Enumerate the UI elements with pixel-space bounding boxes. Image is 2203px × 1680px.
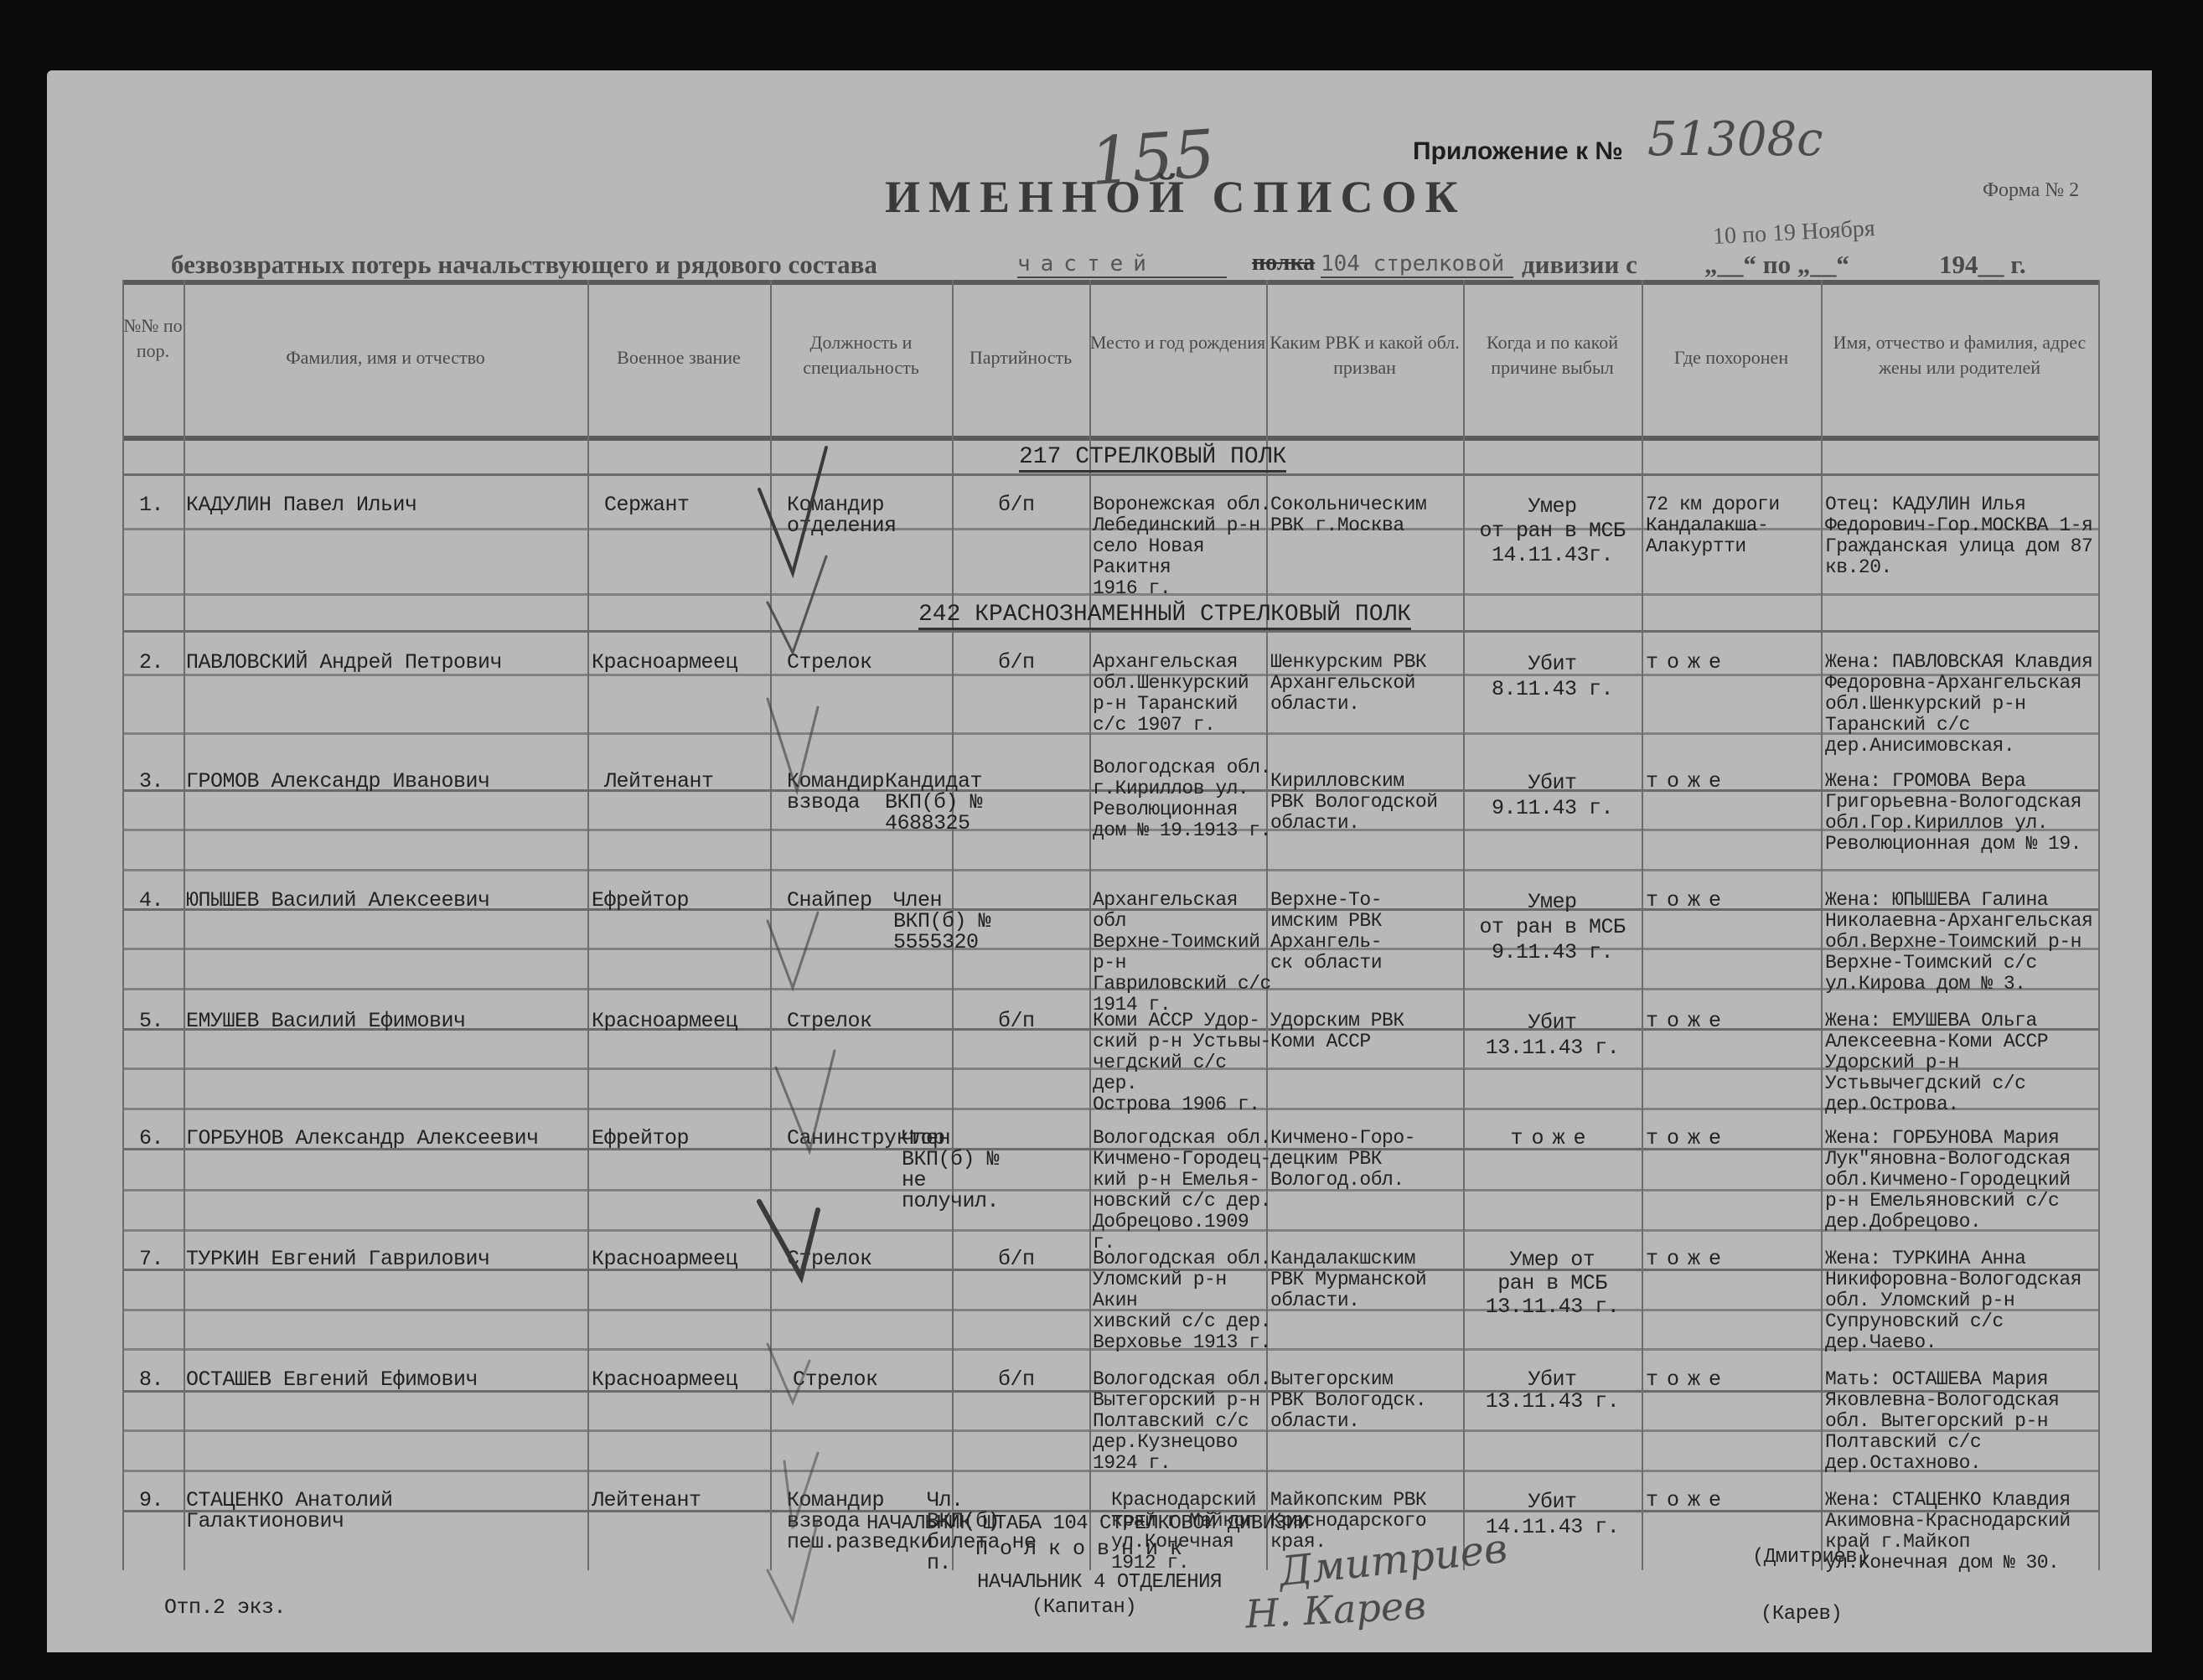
row-name: ОСТАШЕВ Евгений Ефимович	[186, 1369, 588, 1390]
row-number: 7.	[139, 1248, 163, 1269]
document-footer: Отп.2 экз. НАЧАЛЬНИК ШТАБА 104 СТРЕЛКОВО…	[47, 1503, 2152, 1646]
row-rvk: Удорским РВК Коми АССР	[1270, 1011, 1463, 1052]
row-name: ПАВЛОВСКИЙ Андрей Петрович	[186, 652, 588, 673]
date-quotes: „__“ по „__“	[1704, 250, 1849, 280]
subtitle-regiment: полка	[1252, 250, 1315, 277]
row-buried: тоже	[1646, 1248, 1818, 1269]
handwritten-check-marks-icon	[701, 431, 902, 1629]
chief-name: (Дмитриев)	[1752, 1547, 1869, 1568]
row-number: 1.	[139, 494, 163, 515]
appendix-number-handwritten: 51308с	[1647, 112, 1823, 167]
row-party: б/п	[998, 1369, 1086, 1390]
department-head-title: НАЧАЛЬНИК 4 ОТДЕЛЕНИЯ	[977, 1572, 1222, 1593]
form-number: Форма № 2	[1983, 179, 2079, 202]
chief-rank: П о л к о в н и к	[975, 1538, 1182, 1559]
subtitle-units: частей	[1017, 251, 1227, 278]
row-rank: Сержант	[604, 494, 690, 515]
year-label: 194__ г.	[1939, 250, 2026, 280]
row-number: 2.	[139, 652, 163, 673]
row-rvk: Верхне-То- имским РВК Архангель- ск обла…	[1270, 890, 1463, 974]
row-party: б/п	[998, 652, 1086, 673]
group-title-242: 242 КРАСНОЗНАМЕННЫЙ СТРЕЛКОВЫЙ ПОЛК	[918, 602, 1411, 630]
chief-of-staff-title: НАЧАЛЬНИК ШТАБА 104 СТРЕЛКОВОЙ ДИВИЗИИ	[866, 1513, 1309, 1534]
row-name: ЕМУШЕВ Василий Ефимович	[186, 1011, 588, 1031]
appendix-label: Приложение к №	[1413, 137, 1623, 166]
col-header-buried: Где похоронен	[1642, 345, 1821, 370]
department-head-rank: (Капитан)	[1032, 1597, 1136, 1618]
department-head-name: (Карев)	[1761, 1604, 1842, 1625]
row-kin: Жена: ЮПЫШЕВА Галина Николаевна-Архангел…	[1825, 890, 2095, 995]
row-birth: Вологодская обл. Кичмено-Городец- кий р-…	[1093, 1128, 1273, 1254]
row-name: ГРОМОВ Александр Иванович	[186, 771, 588, 792]
row-when: Убит 13.11.43 г.	[1466, 1369, 1638, 1413]
row-birth: Воронежская обл. Лебединский р-н село Но…	[1093, 494, 1273, 599]
row-party: б/п	[998, 1248, 1086, 1269]
row-number: 4.	[139, 890, 163, 911]
row-when: Умер от ран в МСБ 13.11.43 г.	[1466, 1248, 1638, 1319]
row-buried: тоже	[1646, 1128, 1818, 1149]
col-header-number: №№ по пор.	[122, 313, 184, 364]
col-header-party: Партийность	[952, 345, 1089, 370]
date-range-handwritten: 10 по 19 Ноября	[1712, 215, 1875, 251]
row-rvk: Кандалакшским РВК Мурманской области.	[1270, 1248, 1463, 1311]
row-birth: Архангельская обл Верхне-Тоимский р-н Га…	[1093, 890, 1273, 1016]
row-kin: Отец: КАДУЛИН Илья Федорович-Гор.МОСКВА …	[1825, 494, 2095, 578]
row-buried: тоже	[1646, 1369, 1818, 1390]
group-title-217: 217 СТРЕЛКОВЫЙ ПОЛК	[1019, 444, 1286, 473]
row-when: Убит 9.11.43 г.	[1466, 771, 1638, 821]
subtitle-division: 104 стрелковой	[1321, 251, 1513, 278]
row-birth: Архангельская обл.Шенкурский р-н Таранск…	[1093, 652, 1273, 736]
row-rvk: Кирилловским РВК Вологодской области.	[1270, 771, 1463, 834]
row-name: ТУРКИН Евгений Гаврилович	[186, 1248, 588, 1269]
col-header-rvk: Каким РВК и какой обл. призван	[1266, 330, 1463, 380]
row-kin: Жена: ТУРКИНА Анна Никифоровна-Вологодск…	[1825, 1248, 2095, 1353]
row-party: Член ВКП(б) № 5555320	[893, 890, 994, 953]
row-buried: тоже	[1646, 771, 1818, 792]
row-rvk: Вытегорским РВК Вологодск. области.	[1270, 1369, 1463, 1432]
row-kin: Жена: ПАВЛОВСКАЯ Клавдия Федоровна-Архан…	[1825, 652, 2095, 757]
col-header-rank: Военное звание	[587, 345, 770, 370]
row-number: 3.	[139, 771, 163, 792]
row-when: тоже	[1466, 1128, 1638, 1149]
row-number: 5.	[139, 1011, 163, 1031]
row-buried: тоже	[1646, 890, 1818, 911]
row-rank: Ефрейтор	[592, 890, 689, 911]
row-name: ЮПЫШЕВ Василий Алексеевич	[186, 890, 588, 911]
row-birth: Вологодская обл. Уломский р-н Акин хивск…	[1093, 1248, 1273, 1353]
row-when: Убит 8.11.43 г.	[1466, 652, 1638, 702]
losses-table: №№ по пор. Фамилия, имя и отчество Военн…	[122, 280, 2100, 1595]
row-name: ГОРБУНОВ Александр Алексеевич	[186, 1128, 546, 1149]
archival-document-page: 155 Приложение к № 51308с ИМЕННОЙ СПИСОК…	[47, 70, 2152, 1652]
col-header-when: Когда и по какой причине выбыл	[1463, 330, 1642, 380]
col-header-kin: Имя, отчество и фамилия, адрес жены или …	[1821, 330, 2098, 380]
row-kin: Жена: ГРОМОВА Вера Григорьевна-Вологодск…	[1825, 771, 2095, 855]
row-birth: Вологодская обл. г.Кириллов ул. Революци…	[1093, 757, 1273, 841]
row-rvk: Шенкурским РВК Архангельской области.	[1270, 652, 1463, 715]
signature-department-head: Н. Карев	[1244, 1582, 1427, 1636]
col-header-name: Фамилия, имя и отчество	[184, 345, 587, 370]
col-header-birth: Место и год рождения	[1089, 330, 1266, 355]
row-party: б/п	[998, 494, 1086, 515]
copies-note: Отп.2 экз.	[164, 1597, 286, 1618]
row-number: 8.	[139, 1369, 163, 1390]
row-rank: Ефрейтор	[592, 1128, 689, 1149]
row-kin: Жена: ЕМУШЕВА Ольга Алексеевна-Коми АССР…	[1825, 1011, 2095, 1115]
row-party: б/п	[998, 1011, 1086, 1031]
row-birth: Вологодская обл. Вытегорский р-н Полтавс…	[1093, 1369, 1273, 1474]
row-party: Член ВКП(б) № не получил.	[902, 1128, 1011, 1212]
row-buried: тоже	[1646, 1011, 1818, 1031]
subtitle-division-word: дивизии с	[1522, 250, 1637, 280]
row-birth: Коми АССР Удор- ский р-н Устьвы- чегдски…	[1093, 1011, 1273, 1115]
row-buried: тоже	[1646, 652, 1818, 673]
row-kin: Жена: ГОРБУНОВА Мария Лук"яновна-Вологод…	[1825, 1128, 2095, 1233]
row-kin: Мать: ОСТАШЕВА Мария Яковлевна-Вологодск…	[1825, 1369, 2095, 1474]
row-number: 6.	[139, 1128, 163, 1149]
row-when: Умер от ран в МСБ 14.11.43г.	[1466, 494, 1638, 567]
row-when: Умер от ран в МСБ 9.11.43 г.	[1466, 890, 1638, 965]
col-header-position: Должность и специальность	[770, 330, 952, 380]
row-name: КАДУЛИН Павел Ильич	[186, 494, 580, 515]
row-when: Убит 13.11.43 г.	[1466, 1011, 1638, 1061]
row-buried: 72 км дороги Кандалакша- Алакуртти	[1646, 494, 1818, 557]
row-rvk: Сокольническим РВК г.Москва	[1270, 494, 1463, 536]
row-rank: Лейтенант	[604, 771, 714, 792]
subtitle-printed: безвозвратных потерь начальствующего и р…	[171, 250, 877, 280]
row-rvk: Кичмено-Горо- децким РВК Вологод.обл.	[1270, 1128, 1463, 1191]
document-title: ИМЕННОЙ СПИСОК	[885, 171, 1466, 223]
